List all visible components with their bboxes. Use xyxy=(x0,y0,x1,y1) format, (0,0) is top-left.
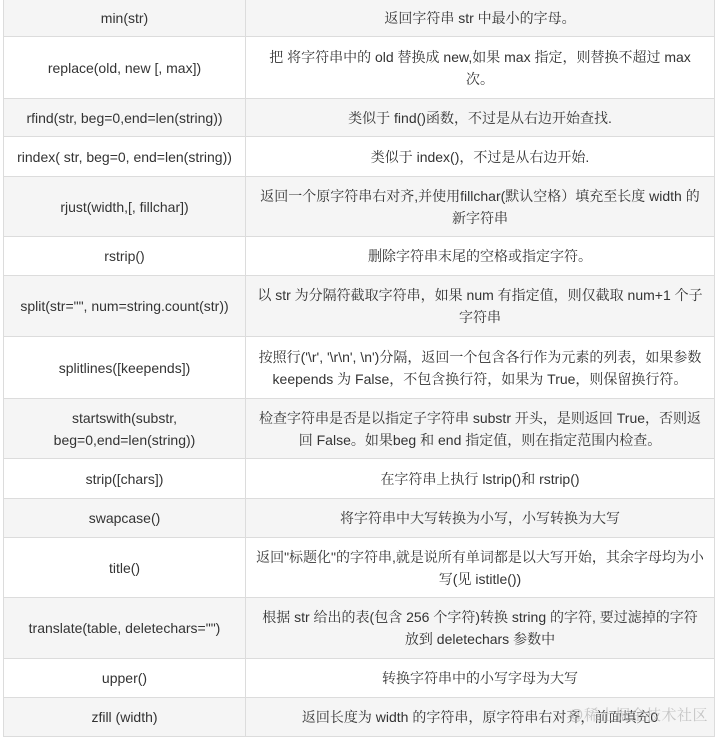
description-cell: 转换字符串中的小写字母为大写 xyxy=(246,659,715,698)
table-body: min(str) 返回字符串 str 中最小的字母。 replace(old, … xyxy=(4,0,715,737)
function-cell: splitlines([keepends]) xyxy=(4,337,246,399)
description-cell: 删除字符串末尾的空格或指定字符。 xyxy=(246,237,715,276)
description-cell: 返回字符串 str 中最小的字母。 xyxy=(246,0,715,37)
table-row: strip([chars]) 在字符串上执行 lstrip()和 rstrip(… xyxy=(4,459,715,499)
function-cell: rstrip() xyxy=(4,237,246,276)
string-methods-table: min(str) 返回字符串 str 中最小的字母。 replace(old, … xyxy=(3,0,715,737)
description-cell: 返回一个原字符串右对齐,并使用fillchar(默认空格）填充至长度 width… xyxy=(246,177,715,237)
table-row: title() 返回"标题化"的字符串,就是说所有单词都是以大写开始，其余字母均… xyxy=(4,538,715,598)
function-cell: upper() xyxy=(4,659,246,698)
table-row: rindex( str, beg=0, end=len(string)) 类似于… xyxy=(4,137,715,177)
description-cell: 按照行('\r', '\r\n', \n')分隔，返回一个包含各行作为元素的列表… xyxy=(246,337,715,399)
table-row: split(str="", num=string.count(str)) 以 s… xyxy=(4,276,715,337)
watermark: @稀土掘金技术社区 xyxy=(568,704,708,725)
function-cell: rfind(str, beg=0,end=len(string)) xyxy=(4,99,246,137)
function-cell: min(str) xyxy=(4,0,246,37)
table-row: rstrip() 删除字符串末尾的空格或指定字符。 xyxy=(4,237,715,276)
function-cell: rindex( str, beg=0, end=len(string)) xyxy=(4,137,246,177)
table-row: swapcase() 将字符串中大写转换为小写，小写转换为大写 xyxy=(4,499,715,538)
function-cell: strip([chars]) xyxy=(4,459,246,499)
table-row: replace(old, new [, max]) 把 将字符串中的 old 替… xyxy=(4,37,715,99)
function-cell: rjust(width,[, fillchar]) xyxy=(4,177,246,237)
description-cell: 以 str 为分隔符截取字符串，如果 num 有指定值，则仅截取 num+1 个… xyxy=(246,276,715,337)
function-cell: replace(old, new [, max]) xyxy=(4,37,246,99)
table-row: upper() 转换字符串中的小写字母为大写 xyxy=(4,659,715,698)
table-row: min(str) 返回字符串 str 中最小的字母。 xyxy=(4,0,715,37)
description-cell: 在字符串上执行 lstrip()和 rstrip() xyxy=(246,459,715,499)
description-cell: 检查字符串是否是以指定子字符串 substr 开头，是则返回 True，否则返回… xyxy=(246,399,715,459)
table-row: startswith(substr, beg=0,end=len(string)… xyxy=(4,399,715,459)
description-cell: 类似于 index()，不过是从右边开始. xyxy=(246,137,715,177)
description-cell: 类似于 find()函数，不过是从右边开始查找. xyxy=(246,99,715,137)
function-cell: swapcase() xyxy=(4,499,246,538)
description-cell: 将字符串中大写转换为小写，小写转换为大写 xyxy=(246,499,715,538)
description-cell: 根据 str 给出的表(包含 256 个字符)转换 string 的字符, 要过… xyxy=(246,598,715,659)
function-cell: startswith(substr, beg=0,end=len(string)… xyxy=(4,399,246,459)
function-cell: zfill (width) xyxy=(4,698,246,737)
function-cell: translate(table, deletechars="") xyxy=(4,598,246,659)
table-row: splitlines([keepends]) 按照行('\r', '\r\n',… xyxy=(4,337,715,399)
table-row: rfind(str, beg=0,end=len(string)) 类似于 fi… xyxy=(4,99,715,137)
description-cell: 返回"标题化"的字符串,就是说所有单词都是以大写开始，其余字母均为小写(见 is… xyxy=(246,538,715,598)
description-cell: 把 将字符串中的 old 替换成 new,如果 max 指定，则替换不超过 ma… xyxy=(246,37,715,99)
table-row: rjust(width,[, fillchar]) 返回一个原字符串右对齐,并使… xyxy=(4,177,715,237)
table-row: translate(table, deletechars="") 根据 str … xyxy=(4,598,715,659)
function-cell: split(str="", num=string.count(str)) xyxy=(4,276,246,337)
function-cell: title() xyxy=(4,538,246,598)
